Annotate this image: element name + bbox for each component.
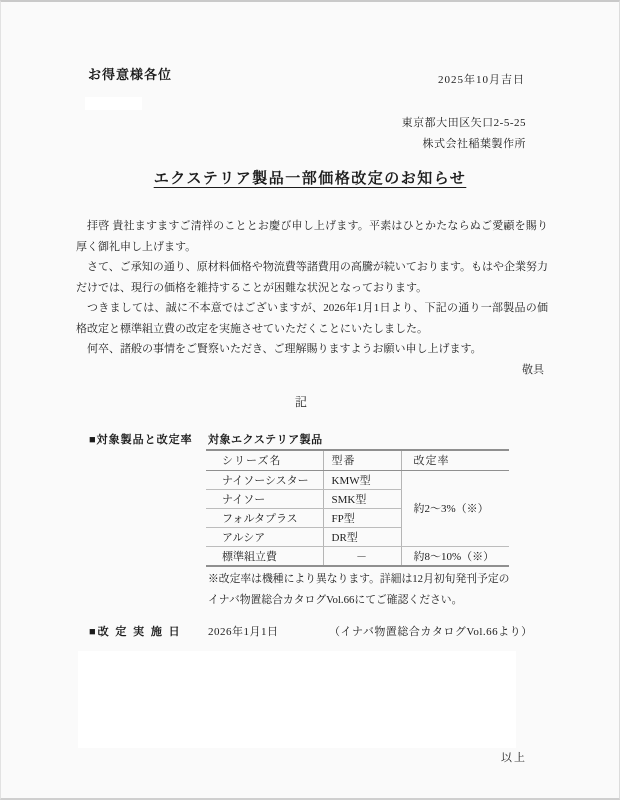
closing-word: 敬具 (76, 360, 548, 381)
model-cell: DR型 (323, 527, 401, 546)
letter-body: 拝啓 貴社ますますご清祥のこととお慶び申し上げます。平素はひとかたならぬご愛顧を… (76, 216, 548, 380)
request-paragraph: 何卒、諸般の事情をご賢察いただき、ご理解賜りますようお願い申し上げます。 (76, 339, 548, 360)
revision-date-label: ■改 定 実 施 日 (89, 623, 182, 639)
note-line-2: イナバ物置総合カタログVol.66にてご確認ください。 (208, 590, 538, 611)
note-line-1: ※改定率は機種により異なります。詳細は12月初旬発刊予定の (208, 569, 538, 590)
background-paragraph: さて、ご承知の通り、原材料価格や物流費等諸費用の高騰が続いております。もはや企業… (76, 257, 548, 298)
series-cell: ナイソーシスター (206, 470, 323, 489)
sender-company: 株式会社稲葉製作所 (402, 134, 526, 155)
header-rate: 改定率 (401, 450, 509, 470)
table-note: ※改定率は機種により異なります。詳細は12月初旬発刊予定の イナバ物置総合カタロ… (208, 569, 538, 611)
model-cell: － (323, 546, 401, 566)
revision-paragraph: つきましては、誠に不本意ではございますが、2026年1月1日より、下記の通り一部… (76, 298, 548, 339)
table-header-row: シリーズ名 型番 改定率 (206, 450, 509, 470)
series-cell: フォルタプラス (206, 508, 323, 527)
table-row: ナイソーシスター KMW型 約2～3%（※） (206, 470, 509, 489)
table-row: 標準組立費 － 約8～10%（※） (206, 546, 509, 566)
series-cell: ナイソー (206, 489, 323, 508)
model-cell: KMW型 (323, 470, 401, 489)
document-page: お得意様各位 2025年10月吉日 東京都大田区矢口2-5-25 株式会社稲葉製… (0, 0, 620, 800)
target-products-label: ■対象製品と改定率 (89, 431, 193, 447)
series-cell: 標準組立費 (206, 546, 323, 566)
redacted-region-large (78, 651, 516, 748)
document-title: エクステリア製品一部価格改定のお知らせ (1, 167, 619, 188)
model-cell: SMK型 (323, 489, 401, 508)
greeting-paragraph: 拝啓 貴社ますますご清祥のこととお慶び申し上げます。平素はひとかたならぬご愛顧を… (76, 216, 548, 257)
rate-assembly-cell: 約8～10%（※） (401, 546, 509, 566)
sender-address: 東京都大田区矢口2-5-25 (402, 113, 526, 134)
model-cell: FP型 (323, 508, 401, 527)
redacted-region-small (85, 97, 142, 110)
rate-merged-cell: 約2～3%（※） (401, 470, 509, 546)
recipient: お得意様各位 (88, 64, 172, 83)
price-revision-table: シリーズ名 型番 改定率 ナイソーシスター KMW型 約2～3%（※） ナイソー… (206, 449, 509, 567)
table-caption: 対象エクステリア製品 (208, 431, 323, 447)
header-model: 型番 (323, 450, 401, 470)
header-series: シリーズ名 (206, 450, 323, 470)
record-marker: 記 (76, 393, 528, 410)
end-marker: 以上 (501, 749, 527, 765)
sender-block: 東京都大田区矢口2-5-25 株式会社稲葉製作所 (402, 113, 526, 155)
issue-date: 2025年10月吉日 (438, 71, 525, 87)
series-cell: アルシア (206, 527, 323, 546)
revision-date-value: 2026年1月1日 (208, 623, 279, 639)
revision-date-source: （イナバ物置総合カタログVol.66より） (329, 623, 533, 639)
